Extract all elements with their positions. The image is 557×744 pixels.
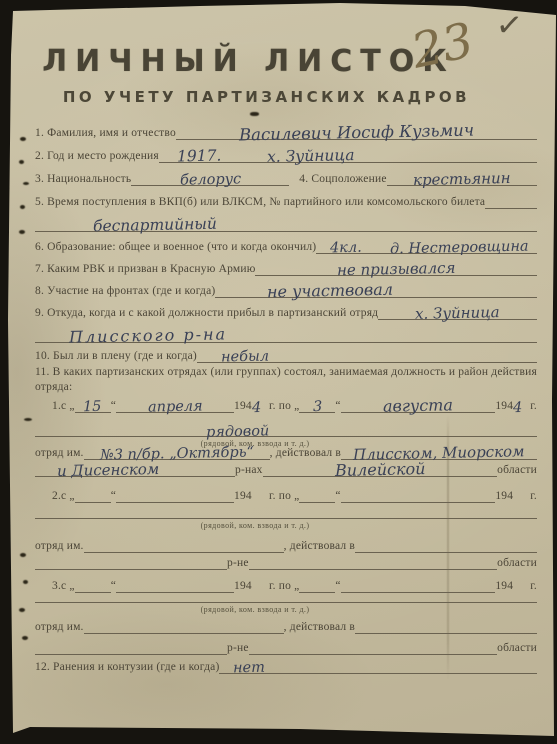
region-line: Вилейской [263, 454, 498, 477]
binding-hole [23, 182, 29, 185]
area2-line [35, 547, 227, 570]
printed-label: г. [527, 400, 537, 413]
service-entry-1-dates: 1. с „ 15 “ апреля 194 4 г. по „ 3 “ авг… [52, 391, 537, 413]
binding-hole [19, 230, 25, 234]
field-label: 5. Время поступления в ВКП(б) или ВЛКСМ,… [35, 196, 485, 209]
area-line [355, 611, 537, 634]
field-education: 6. Образование: общее и военное (что и к… [35, 232, 537, 254]
binding-hole [20, 205, 25, 209]
field-line: беспартийный [35, 209, 537, 232]
position-line: рядовой [35, 414, 537, 437]
field-line: Василевич Иосиф Кузьмич [176, 117, 537, 140]
field-line [485, 186, 537, 209]
printed-label-rne: р-нах [235, 464, 263, 477]
field-line: не участвовал [215, 275, 537, 298]
printed-label: 194 [234, 400, 252, 413]
field-line: крестьянин [387, 163, 537, 186]
field-captivity: 10. Был ли в плену (где и когда) небыл [35, 341, 537, 363]
service-entry-2-region: р-не области [35, 548, 537, 570]
handwritten-month-to: августа [383, 395, 453, 415]
unit-line [84, 611, 284, 634]
entry-number: 1. [52, 400, 61, 413]
day-to-line: 3 [299, 390, 335, 413]
handwritten-value: нет [233, 660, 265, 677]
field-line: 4кл. д. Нестеровщина [316, 231, 537, 254]
field-surname: 1. Фамилия, имя и отчество Василевич Иос… [35, 118, 537, 140]
printed-label: г. по „ [266, 400, 300, 413]
field-line: небыл [197, 340, 537, 363]
service-entry-3-position [35, 581, 537, 603]
field-rvk: 7. Каким РВК и призван в Красную Армию н… [35, 254, 537, 276]
field-label: 9. Откуда, когда и с какой должности при… [35, 307, 378, 320]
field-line: 1917. х. Зуйница [159, 140, 537, 163]
field-label: 12. Ранения и контузии (где и когда) [35, 661, 219, 674]
field-line: не призывался [255, 253, 537, 276]
field-label: 1. Фамилия, имя и отчество [35, 127, 176, 140]
handwritten-area2: и Дисенском [57, 460, 160, 480]
printed-label: с „ [61, 400, 75, 413]
binding-hole [23, 580, 28, 584]
handwritten-month-from: апреля [148, 398, 203, 415]
field-wounds: 12. Ранения и контузии (где и когда) нет [35, 652, 537, 674]
page-subtitle: ПО УЧЕТУ ПАРТИЗАНСКИХ КАДРОВ [0, 88, 557, 106]
field-birth: 2. Год и место рождения 1917. х. Зуйница [35, 141, 537, 163]
handwritten-region: Вилейской [334, 459, 425, 480]
binding-hole [20, 137, 26, 141]
field-party-membership-value: беспартийный [35, 210, 537, 232]
field-units-heading: 11. В каких партизанских отрядах (или гр… [35, 363, 537, 379]
binding-hole [22, 636, 28, 640]
field-nationality-social: 3. Национальность белорус 4. Соцположени… [35, 164, 537, 186]
area2-line: и Дисенском [35, 454, 235, 477]
month-to-line: августа [341, 390, 496, 413]
service-entry-2-position [35, 497, 537, 519]
field-label: 2. Год и место рождения [35, 150, 159, 163]
field-line: нет [219, 651, 537, 674]
position-line [35, 496, 537, 519]
region-line [249, 547, 498, 570]
printed-label: области [497, 464, 537, 477]
field-party-membership: 5. Время поступления в ВКП(б) или ВЛКСМ,… [35, 187, 537, 209]
field-label: 4. Соцположение [289, 173, 386, 186]
binding-hole [20, 553, 26, 557]
binding-hole [19, 608, 25, 612]
binding-hole [24, 418, 32, 421]
service-entry-1-region: и Дисенском р-нах Вилейской области [35, 455, 537, 477]
day-from-line: 15 [75, 390, 111, 413]
field-label: 8. Участие на фронтах (где и когда) [35, 285, 215, 298]
position-caption: (рядовой, ком. взвода и т. д.) [130, 521, 380, 530]
field-label: 3. Национальность [35, 173, 131, 186]
check-mark: ✓ [494, 5, 525, 46]
field-front-service: 8. Участие на фронтах (где и когда) не у… [35, 276, 537, 298]
field-line: х. Зуйница [378, 297, 537, 320]
service-entry-3-unit: отряд им. , действовал в [35, 612, 537, 634]
printed-label: области [497, 557, 537, 570]
field-line: белорус [131, 163, 289, 186]
ink-smudge [250, 112, 259, 116]
printed-label-rne: р-не [227, 557, 249, 570]
month-from-line: апреля [116, 390, 234, 413]
field-origin: 9. Откуда, когда и с какой должности при… [35, 298, 537, 320]
binding-hole [19, 160, 24, 164]
field-label: 10. Был ли в плену (где и когда) [35, 350, 197, 363]
handwritten-day-from: 15 [83, 399, 102, 415]
service-entry-1-position: рядовой [35, 415, 537, 437]
position-line [35, 580, 537, 603]
handwritten-day-to: 3 [313, 399, 323, 415]
printed-label: 194 [495, 400, 513, 413]
